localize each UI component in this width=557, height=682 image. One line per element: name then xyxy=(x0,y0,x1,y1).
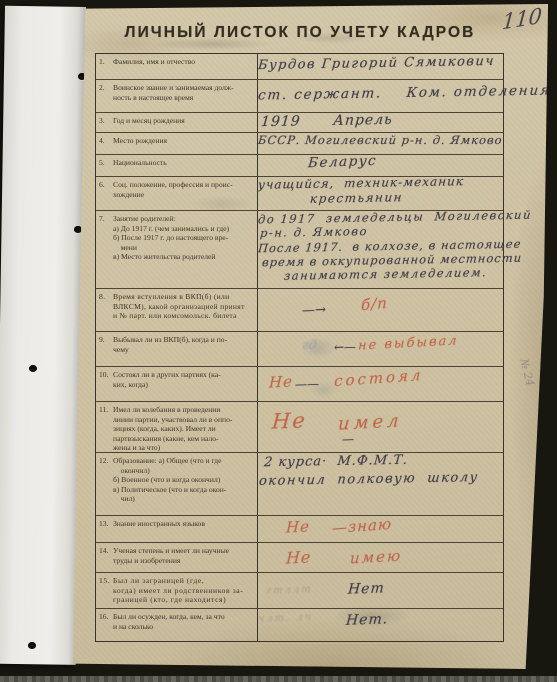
handwritten-value: до 1917 земледельцы Могилевский xyxy=(258,210,533,226)
row-number: 14. xyxy=(99,546,109,556)
form-table-rows: 1.Фамилия, имя и отчествоБурдов Григорий… xyxy=(96,54,503,641)
form-row-16: 16.Был ли осужден, когда, кем, за что и … xyxy=(96,609,503,641)
row-label: Соц. положение, профессия и проис- хожде… xyxy=(113,180,233,199)
row-label: Ученая степень и имеет ли научные труды … xyxy=(113,546,229,565)
handwritten-value: не выбывал xyxy=(358,334,459,352)
margin-note: № 24 xyxy=(517,357,536,387)
row-label: Имел ли колебания в проведении линии пар… xyxy=(113,405,232,452)
row-label-cell: 7.Занятие родителей: а) До 1917 г. (чем … xyxy=(96,211,258,288)
row-label: Образование: а) Общее (что и где окончил… xyxy=(113,456,226,503)
row-value-cell: Не—знаю xyxy=(258,516,503,542)
punch-hole xyxy=(74,226,82,233)
handwritten-value: Беларус xyxy=(308,155,378,171)
form-row-7: 7.Занятие родителей: а) До 1917 г. (чем … xyxy=(96,211,503,289)
handwritten-value: —знаю xyxy=(332,517,393,536)
handwritten-value: —→ xyxy=(302,304,327,318)
row-label: Время вступления в ВКП(б) (или ВЛКСМ), к… xyxy=(113,292,245,320)
form-row-10: 10.Состоял ли в других партиях (ка- ких,… xyxy=(96,367,503,402)
handwritten-value: ст. сержант. Ком. отделения xyxy=(257,84,551,103)
row-number: 10. xyxy=(99,370,109,380)
handwritten-value: Нет xyxy=(348,581,386,596)
handwritten-value: б/п xyxy=(361,296,388,313)
page-number: 110 xyxy=(501,4,543,35)
backing-sheet xyxy=(0,6,86,665)
row-label: Фамилия, имя и отчество xyxy=(113,57,195,66)
page-title: ЛИЧНЫЙ ЛИСТОК ПО УЧЕТУ КАДРОВ xyxy=(100,24,500,42)
handwritten-value: имею xyxy=(350,549,403,567)
row-label: Выбывал ли из ВКП(б), когда и по- чему xyxy=(113,335,227,354)
row-label: Год и месяц рождения xyxy=(113,116,185,125)
row-label: Место рождения xyxy=(113,136,167,145)
handwritten-value: члт. лч xyxy=(258,613,314,625)
row-value-cell: учащийся, техник-механиккрестьянин xyxy=(258,177,503,210)
row-label-cell: 1.Фамилия, имя и отчество xyxy=(96,54,258,79)
handwritten-value: гд xyxy=(302,339,317,353)
row-value-cell: —→б/п xyxy=(258,289,503,331)
form-row-4: 4.Место рожденияБССР. Могилевский р-н. д… xyxy=(96,133,503,155)
handwritten-value: Не xyxy=(269,374,294,390)
row-value-cell: 1919 Апрель xyxy=(258,113,503,132)
row-number: 13. xyxy=(99,519,109,529)
row-number: 5. xyxy=(99,158,105,168)
scan-edge-strip xyxy=(0,676,557,682)
row-number: 12. xyxy=(99,456,109,466)
row-label-cell: 3.Год и месяц рождения xyxy=(96,113,258,132)
row-number: 15. xyxy=(99,576,110,586)
row-label: Был ли осужден, когда, кем, за что и на … xyxy=(113,612,225,631)
handwritten-value: БССР. Могилевский р-н. д. Ямково xyxy=(257,135,503,147)
row-label: Национальность xyxy=(113,158,167,167)
row-label-cell: 2.Воинское звание и занимаемая долж- нос… xyxy=(96,80,258,112)
handwritten-value: Не xyxy=(271,410,307,432)
form-row-14: 14.Ученая степень и имеет ли научные тру… xyxy=(96,543,503,573)
handwritten-value: — xyxy=(342,433,355,445)
personnel-form-table: 1.Фамилия, имя и отчествоБурдов Григорий… xyxy=(95,53,504,642)
document-sheet: ЛИЧНЫЙ ЛИСТОК ПО УЧЕТУ КАДРОВ 110 № 24 1… xyxy=(72,4,549,669)
handwritten-value: состоял xyxy=(334,368,424,389)
row-value-cell: 2 курса· М.Ф.М.Т.окончил полковую школу xyxy=(258,453,503,515)
form-row-13: 13.Знание иностранных языковНе—знаю xyxy=(96,516,503,543)
row-label-cell: 12.Образование: а) Общее (что и где окон… xyxy=(96,453,258,515)
row-label-cell: 13.Знание иностранных языков xyxy=(96,516,258,542)
row-value-cell: члт. лчНет. xyxy=(258,609,503,641)
row-value-cell: Неимею xyxy=(258,543,503,572)
form-row-1: 1.Фамилия, имя и отчествоБурдов Григорий… xyxy=(96,54,503,80)
row-number: 7. xyxy=(99,214,105,224)
row-value-cell: БССР. Могилевский р-н. д. Ямково xyxy=(258,133,503,154)
handwritten-value: ←— xyxy=(334,341,357,354)
row-value-cell: Беларус xyxy=(258,155,503,176)
row-value-cell: Бурдов Григорий Сямикович xyxy=(258,54,503,79)
row-label: Воинское звание и занимаемая долж- ность… xyxy=(113,83,234,102)
row-label-cell: 14.Ученая степень и имеет ли научные тру… xyxy=(96,543,258,572)
punch-hole xyxy=(29,365,37,372)
row-value-cell: гд←—не выбывал xyxy=(258,332,503,366)
handwritten-value: Нет. xyxy=(346,612,389,628)
row-label-cell: 15.Был ли заграницей (где, когда) имеет … xyxy=(96,573,258,608)
punch-hole xyxy=(28,642,36,649)
handwritten-value: занимаются земледелием. xyxy=(284,267,488,282)
row-label: Знание иностранных языков xyxy=(113,519,205,528)
scanned-document-page: ЛИЧНЫЙ ЛИСТОК ПО УЧЕТУ КАДРОВ 110 № 24 1… xyxy=(0,0,557,682)
row-label: Был ли заграницей (где, когда) имеет ли … xyxy=(113,576,243,604)
form-row-15: 15.Был ли заграницей (где, когда) имеет … xyxy=(96,573,503,609)
row-value-cell: Не——состоял xyxy=(258,367,503,401)
handwritten-value: гтллт xyxy=(266,585,313,597)
row-label-cell: 4.Место рождения xyxy=(96,133,258,154)
row-number: 16. xyxy=(99,612,109,622)
form-row-9: 9.Выбывал ли из ВКП(б), когда и по- чему… xyxy=(96,332,503,367)
form-row-11: 11.Имел ли колебания в проведении линии … xyxy=(96,402,503,453)
row-value-cell: гтллтНет xyxy=(258,573,503,608)
row-value-cell: ст. сержант. Ком. отделения xyxy=(258,80,503,112)
handwritten-value: Бурдов Григорий Сямикович xyxy=(257,55,495,72)
handwritten-value: крестьянин xyxy=(309,191,403,205)
handwritten-value: окончил полковую школу xyxy=(258,471,479,488)
form-row-3: 3.Год и месяц рождения1919 Апрель xyxy=(96,113,503,133)
form-row-6: 6.Соц. положение, профессия и проис- хож… xyxy=(96,177,503,211)
handwritten-value: Не xyxy=(286,519,311,535)
row-label-cell: 16.Был ли осужден, когда, кем, за что и … xyxy=(96,609,258,641)
row-label-cell: 11.Имел ли колебания в проведении линии … xyxy=(96,402,258,452)
row-number: 1. xyxy=(99,57,105,67)
handwritten-value: Не xyxy=(286,549,312,566)
handwritten-value: —— xyxy=(295,378,320,391)
form-row-8: 8.Время вступления в ВКП(б) (или ВЛКСМ),… xyxy=(96,289,503,332)
row-number: 11. xyxy=(99,405,108,415)
row-value-cell: Неимел— xyxy=(258,402,503,452)
row-number: 8. xyxy=(99,292,105,302)
form-row-2: 2.Воинское звание и занимаемая долж- нос… xyxy=(96,80,503,113)
row-number: 4. xyxy=(99,136,105,146)
row-label-cell: 8.Время вступления в ВКП(б) (или ВЛКСМ),… xyxy=(96,289,258,331)
handwritten-value: р-н. д. Ямково xyxy=(260,226,369,239)
row-label: Занятие родителей: а) До 1917 г. (чем за… xyxy=(113,214,229,261)
row-label-cell: 5.Национальность xyxy=(96,155,258,176)
handwritten-value: имел xyxy=(338,412,403,433)
row-label: Состоял ли в других партиях (ка- ких, ко… xyxy=(113,370,221,389)
row-number: 9. xyxy=(99,335,105,345)
row-label-cell: 10.Состоял ли в других партиях (ка- ких,… xyxy=(96,367,258,401)
form-row-12: 12.Образование: а) Общее (что и где окон… xyxy=(96,453,503,516)
handwritten-value: 2 курса· М.Ф.М.Т. xyxy=(263,454,408,470)
handwritten-value: 1919 Апрель xyxy=(260,113,393,129)
row-value-cell: до 1917 земледельцы Могилевскийр-н. д. Я… xyxy=(258,211,503,288)
row-number: 3. xyxy=(99,116,105,126)
row-label-cell: 9.Выбывал ли из ВКП(б), когда и по- чему xyxy=(96,332,258,366)
row-number: 6. xyxy=(99,180,105,190)
row-number: 2. xyxy=(99,83,105,93)
handwritten-value: учащийся, техник-механик xyxy=(257,175,464,191)
row-label-cell: 6.Соц. положение, профессия и проис- хож… xyxy=(96,177,258,210)
